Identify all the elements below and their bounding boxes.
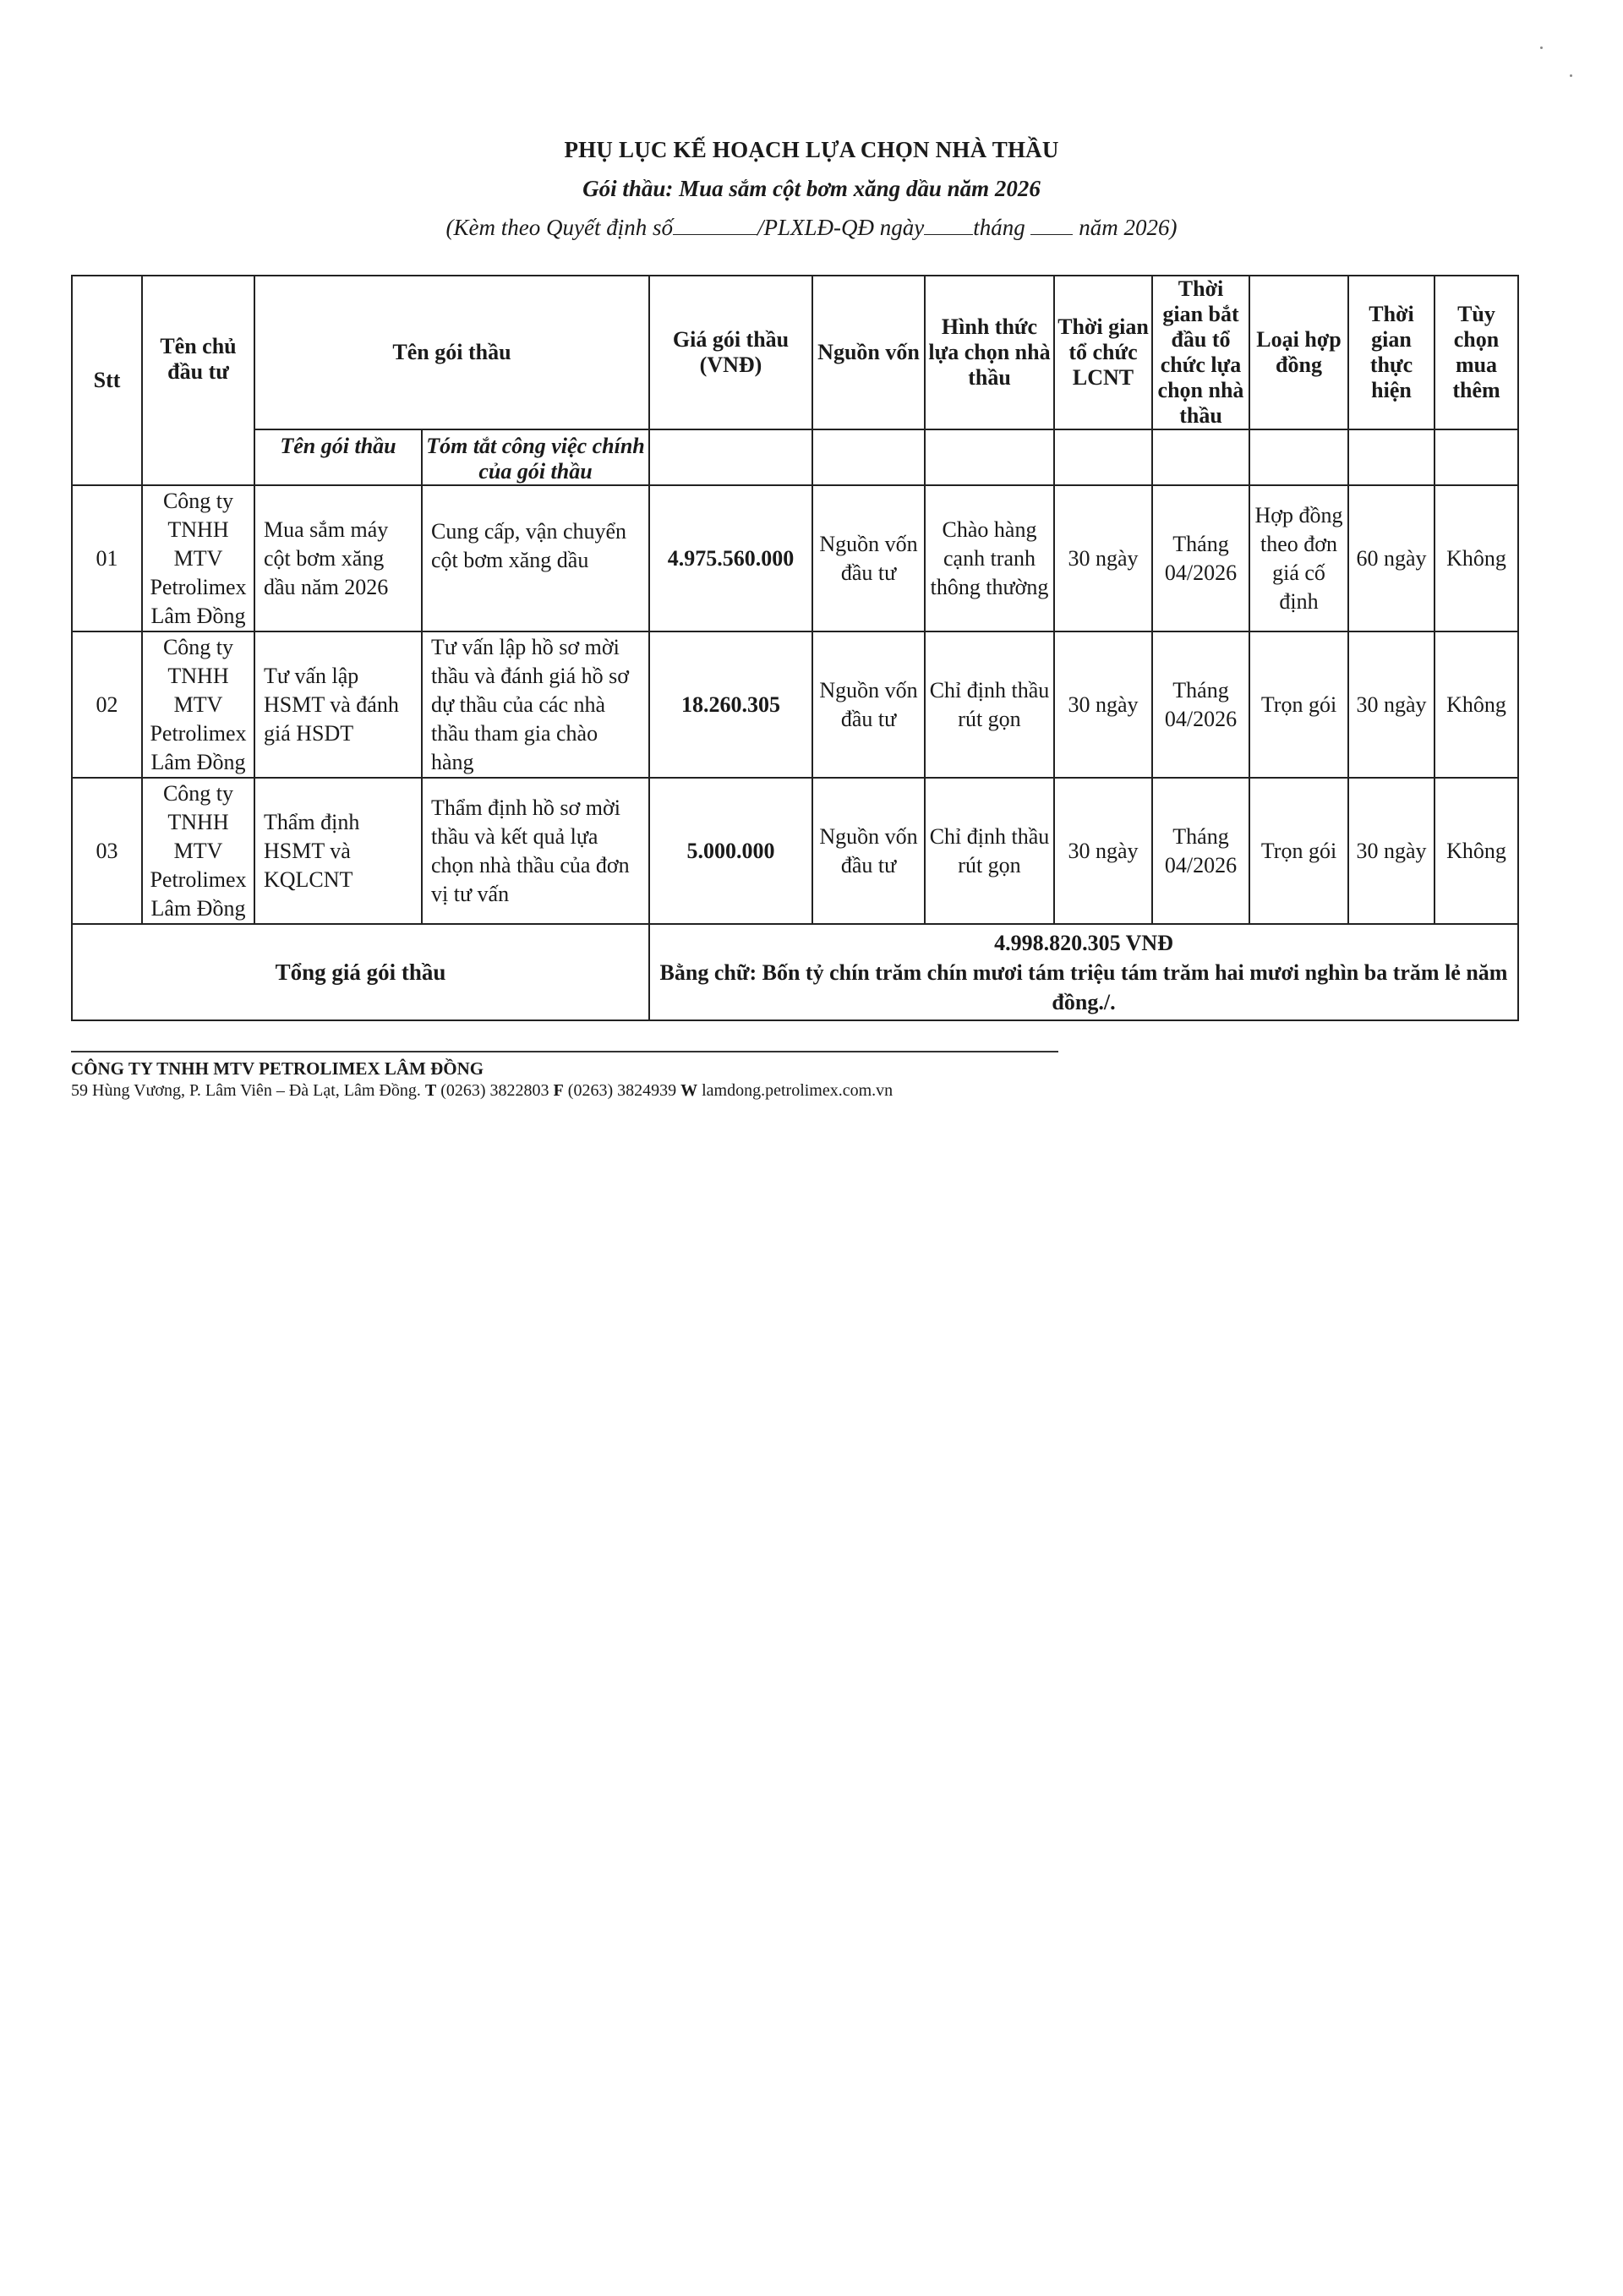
cell-method: Chỉ định thầu rút gọn: [925, 778, 1054, 924]
col-header-method: Hình thức lựa chọn nhà thầu: [925, 276, 1054, 429]
empty-cell: [1348, 429, 1434, 485]
footer-web-label: W: [680, 1081, 697, 1100]
cell-price: 5.000.000: [649, 778, 812, 924]
cell-stt: 01: [72, 485, 142, 631]
col-header-package-group: Tên gói thầu: [254, 276, 649, 429]
cell-package-name: Thẩm định HSMT và KQLCNT: [254, 778, 422, 924]
cell-package-summary: Tư vấn lập hồ sơ mời thầu và đánh giá hồ…: [422, 631, 649, 778]
decision-number-blank: [673, 233, 757, 235]
ref-month: tháng: [973, 215, 1025, 240]
footer-contact: 59 Hùng Vương, P. Lâm Viên – Đà Lạt, Lâm…: [71, 1081, 893, 1101]
table-header-row: Stt Tên chủ đầu tư Tên gói thầu Giá gói …: [72, 276, 1518, 429]
empty-cell: [1152, 429, 1249, 485]
total-value-cell: 4.998.820.305 VNĐ Bằng chữ: Bốn tỷ chín …: [649, 924, 1518, 1020]
footer-address: 59 Hùng Vương, P. Lâm Viên – Đà Lạt, Lâm…: [71, 1081, 421, 1100]
cell-exec-time: 30 ngày: [1348, 778, 1434, 924]
col-header-price: Giá gói thầu (VNĐ): [649, 276, 812, 429]
cell-option: Không: [1434, 485, 1518, 631]
ref-prefix: (Kèm theo Quyết định số: [446, 215, 673, 240]
cell-start-time: Tháng 04/2026: [1152, 485, 1249, 631]
month-blank: [1030, 233, 1073, 235]
empty-cell: [1054, 429, 1152, 485]
scan-speck: [1540, 46, 1543, 49]
cell-option: Không: [1434, 631, 1518, 778]
col-header-contract-type: Loại hợp đồng: [1249, 276, 1348, 429]
col-header-option: Tùy chọn mua thêm: [1434, 276, 1518, 429]
cell-method: Chào hàng cạnh tranh thông thường: [925, 485, 1054, 631]
cell-package-summary: Thẩm định hồ sơ mời thầu và kết quả lựa …: [422, 778, 649, 924]
col-header-stt: Stt: [72, 276, 142, 485]
cell-duration-lcnt: 30 ngày: [1054, 631, 1152, 778]
footer-phone: (0263) 3822803: [440, 1081, 549, 1100]
decision-reference: (Kèm theo Quyết định số/PLXLĐ-QĐ ngàythá…: [0, 215, 1623, 241]
cell-exec-time: 30 ngày: [1348, 631, 1434, 778]
cell-option: Không: [1434, 778, 1518, 924]
footer-phone-label: T: [425, 1081, 436, 1100]
cell-owner: Công ty TNHH MTV Petrolimex Lâm Đồng: [142, 631, 254, 778]
total-row: Tổng giá gói thầu 4.998.820.305 VNĐ Bằng…: [72, 924, 1518, 1020]
ref-year: năm 2026): [1079, 215, 1177, 240]
col-header-package-summary: Tóm tắt công việc chính của gói thầu: [422, 429, 649, 485]
empty-cell: [1434, 429, 1518, 485]
cell-contract-type: Trọn gói: [1249, 631, 1348, 778]
cell-stt: 03: [72, 778, 142, 924]
cell-start-time: Tháng 04/2026: [1152, 778, 1249, 924]
cell-package-summary: Cung cấp, vận chuyển cột bơm xăng dầu: [422, 485, 649, 631]
cell-source: Nguồn vốn đầu tư: [812, 631, 925, 778]
footer-divider: [71, 1051, 1058, 1052]
cell-owner: Công ty TNHH MTV Petrolimex Lâm Đồng: [142, 485, 254, 631]
scan-speck: [1570, 74, 1572, 77]
cell-contract-type: Hợp đồng theo đơn giá cố định: [1249, 485, 1348, 631]
col-header-duration-lcnt: Thời gian tổ chức LCNT: [1054, 276, 1152, 429]
footer-fax: (0263) 3824939: [568, 1081, 676, 1100]
total-value: 4.998.820.305 VNĐ: [653, 928, 1515, 958]
cell-method: Chỉ định thầu rút gọn: [925, 631, 1054, 778]
col-header-start-time: Thời gian bắt đầu tổ chức lựa chọn nhà t…: [1152, 276, 1249, 429]
cell-duration-lcnt: 30 ngày: [1054, 778, 1152, 924]
col-header-source: Nguồn vốn: [812, 276, 925, 429]
cell-duration-lcnt: 30 ngày: [1054, 485, 1152, 631]
total-label: Tổng giá gói thầu: [72, 924, 649, 1020]
footer-website: lamdong.petrolimex.com.vn: [702, 1081, 893, 1100]
empty-cell: [1249, 429, 1348, 485]
cell-contract-type: Trọn gói: [1249, 778, 1348, 924]
table-row: 03 Công ty TNHH MTV Petrolimex Lâm Đồng …: [72, 778, 1518, 924]
footer-fax-label: F: [554, 1081, 564, 1100]
empty-cell: [812, 429, 925, 485]
cell-start-time: Tháng 04/2026: [1152, 631, 1249, 778]
table-row: 02 Công ty TNHH MTV Petrolimex Lâm Đồng …: [72, 631, 1518, 778]
cell-source: Nguồn vốn đầu tư: [812, 778, 925, 924]
cell-stt: 02: [72, 631, 142, 778]
document-title: PHỤ LỤC KẾ HOẠCH LỰA CHỌN NHÀ THẦU: [0, 137, 1623, 163]
cell-package-name: Mua sắm máy cột bơm xăng dầu năm 2026: [254, 485, 422, 631]
col-header-owner: Tên chủ đầu tư: [142, 276, 254, 485]
table-row: 01 Công ty TNHH MTV Petrolimex Lâm Đồng …: [72, 485, 1518, 631]
table-subheader-row: Tên gói thầu Tóm tắt công việc chính của…: [72, 429, 1518, 485]
empty-cell: [649, 429, 812, 485]
cell-exec-time: 60 ngày: [1348, 485, 1434, 631]
cell-source: Nguồn vốn đầu tư: [812, 485, 925, 631]
cell-owner: Công ty TNHH MTV Petrolimex Lâm Đồng: [142, 778, 254, 924]
empty-cell: [925, 429, 1054, 485]
cell-price: 18.260.305: [649, 631, 812, 778]
total-in-words: Bằng chữ: Bốn tỷ chín trăm chín mươi tám…: [653, 958, 1515, 1017]
cell-package-name: Tư vấn lập HSMT và đánh giá HSDT: [254, 631, 422, 778]
ref-code: /PLXLĐ-QĐ ngày: [757, 215, 924, 240]
contractor-selection-plan-table: Stt Tên chủ đầu tư Tên gói thầu Giá gói …: [71, 275, 1519, 1021]
day-blank: [924, 233, 973, 235]
col-header-package-name: Tên gói thầu: [254, 429, 422, 485]
col-header-exec-time: Thời gian thực hiện: [1348, 276, 1434, 429]
document-subtitle: Gói thầu: Mua sắm cột bơm xăng dầu năm 2…: [0, 176, 1623, 202]
footer-company-name: CÔNG TY TNHH MTV PETROLIMEX LÂM ĐỒNG: [71, 1058, 484, 1080]
cell-price: 4.975.560.000: [649, 485, 812, 631]
